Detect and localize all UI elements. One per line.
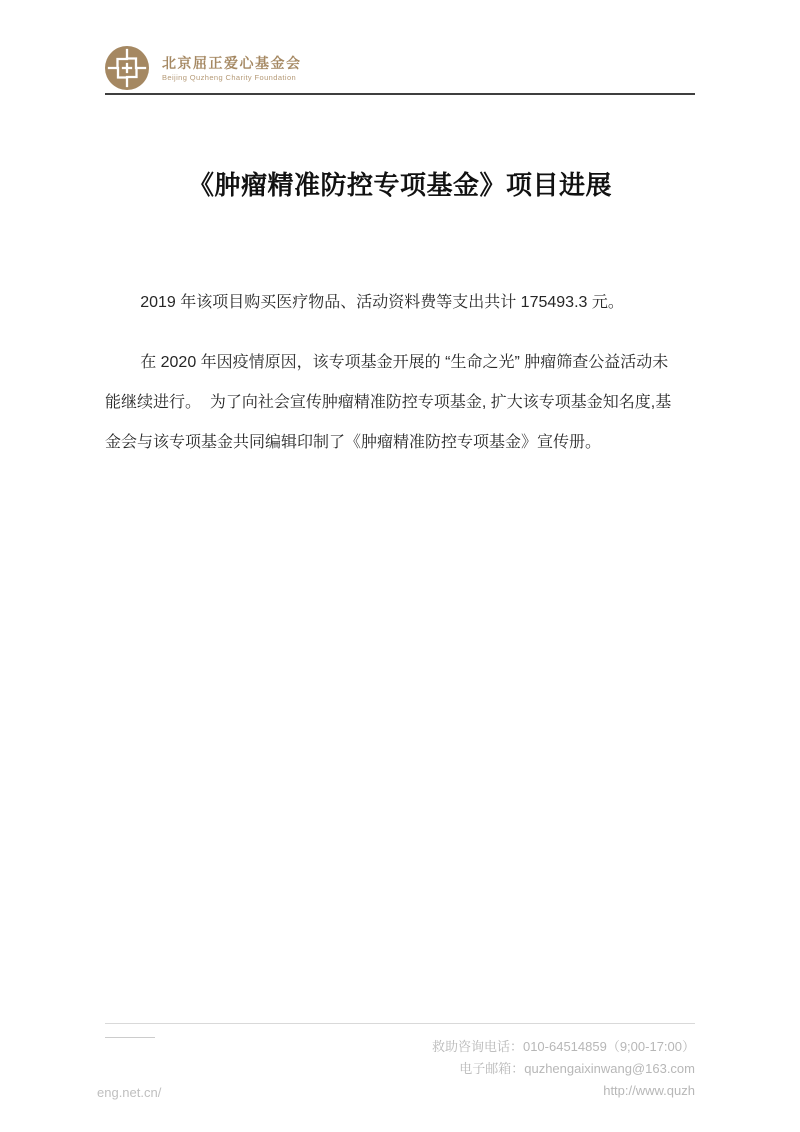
foundation-name-block: 北京屈正爱心基金会 Beijing Quzheng Charity Founda… — [162, 54, 302, 83]
contact-phone: 救助咨询电话：010-64514859（9;00-17:00） — [105, 1036, 695, 1058]
foundation-name-zh: 北京屈正爱心基金会 — [162, 54, 302, 72]
footer-sub-divider — [105, 1037, 155, 1038]
page-footer: 救助咨询电话：010-64514859（9;00-17:00） 电子邮箱：quz… — [105, 1023, 695, 1102]
contact-email: 电子邮箱：quzhengaixinwang@163.com — [105, 1058, 695, 1080]
paragraph-expenditure: 2019 年该项目购买医疗物品、活动资料费等支出共计 175493.3 元。 — [105, 283, 695, 323]
website-url-line1: http://www.quzh — [105, 1080, 695, 1102]
document-page: 北京屈正爱心基金会 Beijing Quzheng Charity Founda… — [0, 0, 800, 1132]
foundation-name-en: Beijing Quzheng Charity Foundation — [162, 73, 302, 83]
page-title: 《肿瘤精准防控专项基金》项目进展 — [105, 167, 695, 203]
paragraph-line: 能继续进行。 为了向社会宣传肿瘤精准防控专项基金, 扩大该专项基金知名度,基 — [105, 383, 695, 423]
paragraph-line: 金会与该专项基金共同编辑印制了《肿瘤精准防控专项基金》宣传册。 — [105, 423, 695, 463]
article-body: 2019 年该项目购买医疗物品、活动资料费等支出共计 175493.3 元。 在… — [105, 283, 695, 463]
footer-divider — [105, 1023, 695, 1024]
contact-info: 救助咨询电话：010-64514859（9;00-17:00） 电子邮箱：quz… — [105, 1036, 695, 1102]
paragraph-line: 在 2020 年因疫情原因，该专项基金开展的 “生命之光” 肿瘤筛查公益活动未 — [105, 343, 695, 383]
page-header: 北京屈正爱心基金会 Beijing Quzheng Charity Founda… — [105, 0, 695, 95]
foundation-logo: 北京屈正爱心基金会 Beijing Quzheng Charity Founda… — [105, 46, 695, 90]
website-url-line2: eng.net.cn/ — [97, 1085, 161, 1101]
paragraph-pandemic: 在 2020 年因疫情原因，该专项基金开展的 “生命之光” 肿瘤筛查公益活动未 … — [105, 343, 695, 463]
foundation-seal-icon — [105, 46, 149, 90]
header-divider — [105, 93, 695, 95]
